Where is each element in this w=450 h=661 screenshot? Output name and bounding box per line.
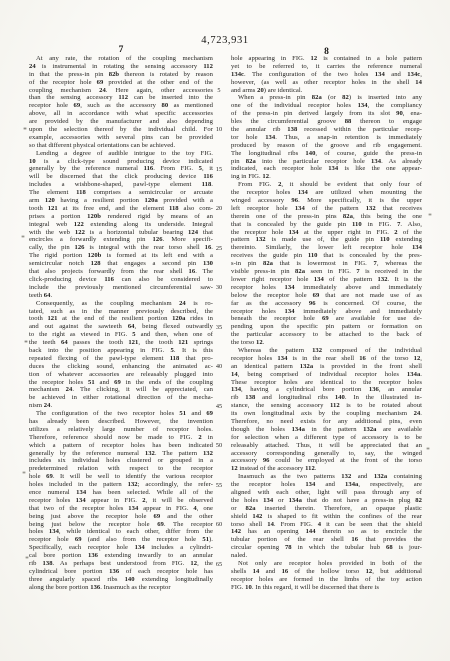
- text-line: encircles a forwardly extending pin 126.…: [29, 236, 213, 244]
- text-line: tubular portion of the rear shell 16 tha…: [231, 536, 422, 544]
- text-line: that two of the receptor holes 134 appea…: [29, 505, 213, 513]
- text-line: the teeth 64 passes the tooth 121, the t…: [29, 339, 213, 347]
- text-line: FIG. 10. In this regard, it will be disc…: [231, 584, 422, 592]
- text-line: pin 82a into the particular receptor hol…: [231, 158, 422, 166]
- text-line: Not only are receptor holes provided in …: [231, 560, 422, 568]
- text-line: Whereas the pattern 132 composed of the …: [231, 347, 422, 355]
- text-line: so that different physical orientations …: [29, 142, 213, 150]
- text-line: circular opening 78 in which the tubular…: [231, 544, 422, 552]
- text-line: aligned with each other, light will pass…: [231, 489, 422, 497]
- text-line: that is concealed by the guide pin 110 i…: [231, 221, 422, 229]
- text-line: teeth 64.: [29, 292, 213, 300]
- text-line: tated, such as in the manner previously …: [29, 308, 213, 316]
- text-line: visible press-in pin 82a seen in FIG. 7 …: [231, 268, 422, 276]
- text-line: hole 69. It will be well to identify the…: [29, 473, 213, 481]
- scan-artifacts: [0, 0, 2, 1]
- text-line: left receptor hole 134 of the pattern 13…: [231, 205, 422, 213]
- text-line: generally by the reference numeral 132. …: [29, 450, 213, 458]
- text-line: predetermined relation with respect to t…: [29, 465, 213, 473]
- text-line: Lending a degree of audible intrigue to …: [29, 150, 213, 158]
- text-line: being just above the receptor hole 69 an…: [29, 513, 213, 521]
- line-number: 65: [206, 561, 232, 569]
- text-line: the particular accessory to be attached …: [231, 331, 422, 339]
- text-line: arm 120 having a resilient portion 120a …: [29, 197, 213, 205]
- text-line: cally, the pin 126 is integral with the …: [29, 244, 213, 252]
- text-line: or 82a inserted therein. Therefore, an o…: [231, 505, 422, 513]
- text-line: tooth 121 at the end of the resilient po…: [29, 315, 213, 323]
- text-line: produced by reason of the groove and rib…: [231, 142, 422, 150]
- text-line: the receptor holes 51 and 69 in the ends…: [29, 379, 213, 387]
- text-line: the receptor holes 134 and 134a, respect…: [231, 481, 422, 489]
- text-line: releasably attached. Thus, it will be ap…: [231, 442, 422, 450]
- text-line: however, (as well as other receptor hole…: [231, 79, 422, 87]
- text-line: coupling mechanism 24. Here again, other…: [29, 87, 213, 95]
- text-line: Specifically, each receptor hole 134 inc…: [29, 544, 213, 552]
- text-line: includes a wishbone-shaped, pawl-type el…: [29, 181, 213, 189]
- text-line: ing in FIG. 12.: [231, 173, 422, 181]
- text-line: cal bore portion 136 extending inwardly …: [29, 552, 213, 560]
- text-line: From FIG. 2, it should be evident that o…: [231, 181, 422, 189]
- text-line: semicircular notch 128 that engages a se…: [29, 260, 213, 268]
- text-line: below the receptor hole 69 that are not …: [231, 292, 422, 300]
- line-number: 50: [206, 442, 232, 450]
- text-line: yet to be referred to, it carries the re…: [231, 63, 422, 71]
- text-line: be achieved in either rotational directi…: [29, 394, 213, 402]
- text-line: receptor holes 134 immediately above and…: [231, 284, 422, 292]
- text-line: though the holes 134a in the pattern 132…: [231, 426, 422, 434]
- text-line: stance, the sensing accessory 112 is to …: [231, 402, 422, 410]
- text-line: three angularly spaced ribs 140 extendin…: [29, 576, 213, 584]
- line-number: 45: [206, 403, 232, 411]
- text-line: beneath the receptor hole 69 are availab…: [231, 315, 422, 323]
- text-line: 134c. The configuration of the two holes…: [231, 71, 422, 79]
- text-line: receptor hole 69, such as the accessory …: [29, 102, 213, 110]
- line-number: 55: [206, 482, 232, 490]
- text-line: its own longitudinal axis by the couplin…: [231, 410, 422, 418]
- text-line: are provided by the manufacturer and als…: [29, 118, 213, 126]
- text-line: with the web 122 is a horizontal tubular…: [29, 229, 213, 237]
- text-line: receptor holes are formed in the limbs o…: [231, 576, 422, 584]
- text-line: Inasmuch as the two patterns 132 and 132…: [231, 473, 422, 481]
- text-line: At any rate, the rotation of the couplin…: [29, 55, 213, 63]
- line-number: 30: [206, 284, 232, 292]
- text-line: back into the position appearing in FIG.…: [29, 347, 213, 355]
- text-line: The element 118 comprises a semicircular…: [29, 189, 213, 197]
- text-line: repeated flexing of the pawl-type elemen…: [29, 355, 213, 363]
- text-line: hole appearing in FIG. 12 is contained i…: [231, 55, 422, 63]
- text-line: along the bore portion 136. Inasmuch as …: [29, 584, 213, 592]
- text-line: When a press-in pin 82a (or 82) is inser…: [231, 94, 422, 102]
- line-number: 60: [206, 521, 232, 529]
- text-line: rib 138. As perhaps best understood from…: [29, 560, 213, 568]
- text-line: receptor holes 134 is in the rear shell …: [231, 355, 422, 363]
- text-line: ence numeral 134 has been selected. Whil…: [29, 489, 213, 497]
- text-line: Therefore, no need exists for any additi…: [231, 418, 422, 426]
- text-line: receives the guide pin 110 that is conce…: [231, 252, 422, 260]
- text-line: tion of whatever accessories are releasa…: [29, 371, 213, 379]
- text-line: Consequently, as the coupling mechanism …: [29, 300, 213, 308]
- text-line: receptor holes 134 immediately above and…: [231, 308, 422, 316]
- text-line: above, all in accordance with what speci…: [29, 110, 213, 118]
- text-line: These receptor holes are identical to th…: [231, 379, 422, 387]
- text-line: and arms 20) are identical.: [231, 87, 422, 95]
- text-line: the annular rib 138 recessed within the …: [231, 126, 422, 134]
- text-line: has already been described. However, the…: [29, 418, 213, 426]
- text-line: for selection when a different type of a…: [231, 434, 422, 442]
- text-line: to the right as viewed in FIG. 5 and the…: [29, 331, 213, 339]
- text-line: far as the accessory 96 is concerned. Of…: [231, 300, 422, 308]
- text-line: pending upon the specific pin pattern or…: [231, 323, 422, 331]
- text-line: in that the press-in pin 82b thereon is …: [29, 71, 213, 79]
- text-line: integral web 122 extending along its und…: [29, 221, 213, 229]
- text-line: cylindrical bore portion 136 of each rec…: [29, 568, 213, 576]
- text-line: The longitudinal ribs 140, of course, gu…: [231, 150, 422, 158]
- text-line: which a pattern of receptor holes has be…: [29, 442, 213, 450]
- text-line: generally by the reference numeral 116. …: [29, 165, 213, 173]
- left-column-page-number: 7: [29, 45, 213, 55]
- text-line: example, accessories with several pins c…: [29, 134, 213, 142]
- text-line: 12 instead of the accessory 112.: [231, 465, 422, 473]
- line-number: 35: [206, 324, 232, 332]
- text-line: click-producing device 116 can also be c…: [29, 276, 213, 284]
- text-line: one of the individual receptor holes 134…: [231, 102, 422, 110]
- text-line: the receptor hole 134 at the upper right…: [231, 229, 422, 237]
- text-line: 142 has an opening 144 therein so as to …: [231, 528, 422, 536]
- text-line: bles the circumferential groove 88 there…: [231, 118, 422, 126]
- text-line: tor hole 134. Thus, a snap-in retention …: [231, 134, 422, 142]
- text-line: thereinto. Similarly, the lower left rec…: [231, 244, 422, 252]
- text-line: shield 142 is shaped to fit within the c…: [231, 513, 422, 521]
- text-line: receptor hole 69 (and also from the rece…: [29, 536, 213, 544]
- line-number: 5: [206, 87, 232, 95]
- text-line: utilizes a relatively large number of re…: [29, 426, 213, 434]
- text-line: duces the clicking sound, enhancing the …: [29, 363, 213, 371]
- text-line: winged accessory 96. More specifically, …: [231, 197, 422, 205]
- text-line: The rigid portion 120b is formed at its …: [29, 252, 213, 260]
- text-line: 24 is instrumental in rotating the sensi…: [29, 63, 213, 71]
- text-line: holes 134, while identical to each other…: [29, 528, 213, 536]
- text-line: The configuration of the two receptor ho…: [29, 410, 213, 418]
- text-line: the torso 12.: [231, 339, 422, 347]
- line-number: 20: [206, 205, 232, 213]
- text-line: s-in pin 82a that is lowermost in FIG. 7…: [231, 260, 422, 268]
- line-number: 40: [206, 363, 232, 371]
- text-line: of the receptor hole 69 provided at the …: [29, 79, 213, 87]
- text-line: than the sensing accessory 112 can be in…: [29, 94, 213, 102]
- text-line: shells 14 and 16 of the hollow torso 12,…: [231, 568, 422, 576]
- text-line: that also projects forwardly from the re…: [29, 268, 213, 276]
- text-line: of the press-in pin derived largely from…: [231, 110, 422, 118]
- text-line: 14, being comprised of individual recept…: [231, 371, 422, 379]
- text-line: torso shell 14. From FIG. 4 it can be se…: [231, 521, 422, 529]
- text-line: 134, having a cylindrical bore portion 1…: [231, 386, 422, 394]
- text-line: naled.: [231, 552, 422, 560]
- text-line: accessory corresponding generally to, sa…: [231, 450, 422, 458]
- text-line: therein one of the press-in pins 82a, th…: [231, 213, 422, 221]
- text-line: the receptor holes 134 are utilized when…: [231, 189, 422, 197]
- gutter-line-numbers: 5101520253035404550556065: [206, 55, 232, 593]
- text-line: prises a portion 120b rendered rigid by …: [29, 213, 213, 221]
- text-line: includes six individual holes clustered …: [29, 457, 213, 465]
- text-line: indicated, each receptor hole 134 is lik…: [231, 165, 422, 173]
- text-line: the holes 134 or 134a that do not have a…: [231, 497, 422, 505]
- patent-page: 4,723,931 7 8 At any rate, the rotation …: [0, 0, 450, 661]
- text-line: upon the selection thereof by the indivi…: [29, 126, 213, 134]
- line-number: 10: [206, 126, 232, 134]
- text-line: pattern 132 is made use of, the guide pi…: [231, 236, 422, 244]
- text-line: lower right receptor hole 134 of the pat…: [231, 276, 422, 284]
- text-line: receptor holes 134 appear in FIG. 2, it …: [29, 497, 213, 505]
- line-number: 15: [206, 166, 232, 174]
- text-line: rib 138 and longitudinal ribs 140. In th…: [231, 394, 422, 402]
- text-line: will be discerned that the click produci…: [29, 173, 213, 181]
- text-line: an identical pattern 132a is provided in…: [231, 363, 422, 371]
- text-line: holes included in the pattern 132; accor…: [29, 481, 213, 489]
- text-line: and out against the sawteeth 64, being f…: [29, 323, 213, 331]
- line-number: 25: [206, 245, 232, 253]
- text-line: mechanism 24. The clicking, it will be a…: [29, 386, 213, 394]
- text-line: 10 is a click-type sound producing devic…: [29, 158, 213, 166]
- text-line: being just below the receptor hole 69. T…: [29, 521, 213, 529]
- text-line: accessory 96 could be employed at the fr…: [231, 457, 422, 465]
- left-text-column: At any rate, the rotation of the couplin…: [29, 55, 213, 592]
- text-line: nism 24.: [29, 402, 213, 410]
- right-text-column: hole appearing in FIG. 12 is contained i…: [231, 55, 422, 592]
- text-line: tooth 121 at its free end, and the eleme…: [29, 205, 213, 213]
- text-line: Therefore, reference should now be made …: [29, 434, 213, 442]
- text-line: include the previously mentioned circumf…: [29, 284, 213, 292]
